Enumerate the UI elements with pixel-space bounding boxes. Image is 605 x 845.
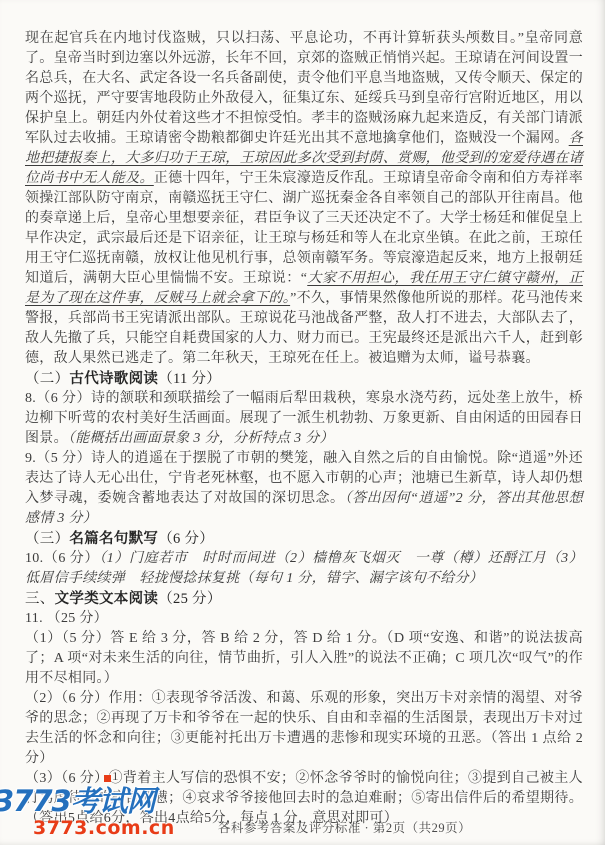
translation-segment: 现在起官兵在内地讨伐盗贼，只以扫荡、平息论功，不再计算斩获头颅数目。”皇帝同意了…: [25, 31, 583, 146]
heading-title: 古代诗歌阅读: [69, 371, 158, 387]
answer-item-q11-2: （2）（6 分）作用：①表现爷爷活泼、和蔼、乐观的形象，突出万卡对亲情的渴望、对…: [25, 689, 583, 769]
question-number: 9.（5 分）: [25, 451, 91, 466]
heading-score: （25 分）: [158, 591, 221, 607]
answer-item-q10: 10.（6 分）（1）门庭若市 时时而间进（2）樯橹灰飞烟灭 一尊（樽）还酹江月…: [25, 549, 583, 589]
answer-item-q8: 8.（6 分）诗的颔联和颈联描绘了一幅雨后犁田栽秧，寒泉水浇芍药，远处垄上放牛，…: [25, 389, 583, 449]
heading-title: 名篇名句默写: [69, 531, 158, 547]
heading-prefix: （二）: [25, 371, 69, 387]
heading-score: （11 分）: [158, 371, 221, 387]
page-content: 现在起官兵在内地讨伐盗贼，只以扫荡、平息论功，不再计算斩获头颅数目。”皇帝同意了…: [0, 0, 605, 829]
classical-translation-paragraph: 现在起官兵在内地讨伐盗贼，只以扫荡、平息论功，不再计算斩获头颅数目。”皇帝同意了…: [25, 29, 583, 369]
section-heading-literary-text: 三、文学类文本阅读（25 分）: [25, 589, 583, 609]
question-number: 10.（6 分）: [25, 551, 99, 566]
section-heading-famous-passages: （三）名篇名句默写（6 分）: [25, 529, 583, 549]
page-footer: 各科参考答案及评分标准 · 第2页（共29页）: [84, 818, 605, 836]
scoring-note: （能概括出画面景象 3 分，分析特点 3 分）: [68, 431, 334, 446]
heading-prefix: （三）: [25, 531, 69, 547]
answer-item-q9: 9.（5 分）诗人的逍遥在于摆脱了市朝的樊笼，融入自然之后的自由愉悦。除“逍遥”…: [25, 449, 583, 529]
scoring-note: （每句 1 分，错字、漏字该句不给分）: [240, 571, 484, 586]
scanned-answer-sheet-page: 现在起官兵在内地讨伐盗贼，只以扫荡、平息论功，不再计算斩获头颅数目。”皇帝同意了…: [0, 0, 605, 845]
heading-title: 文学类文本阅读: [55, 591, 159, 607]
answer-item-q11-header: 11. （25 分）: [25, 609, 583, 629]
translation-segment: 正德十四年，宁王朱宸濠造反作乱。王琼请皇帝命令南和伯方寿祥率领操江部队防守南京，…: [25, 171, 583, 286]
heading-prefix: 三、: [25, 591, 55, 607]
section-heading-poetry-reading: （二）古代诗歌阅读（11 分）: [25, 369, 583, 389]
heading-score: （6 分）: [158, 531, 214, 547]
question-number: 8.（6 分）: [25, 391, 91, 406]
answer-item-q11-1: （1）（5 分）答 E 给 3 分，答 B 给 2 分，答 D 给 1 分。（D…: [25, 629, 583, 689]
